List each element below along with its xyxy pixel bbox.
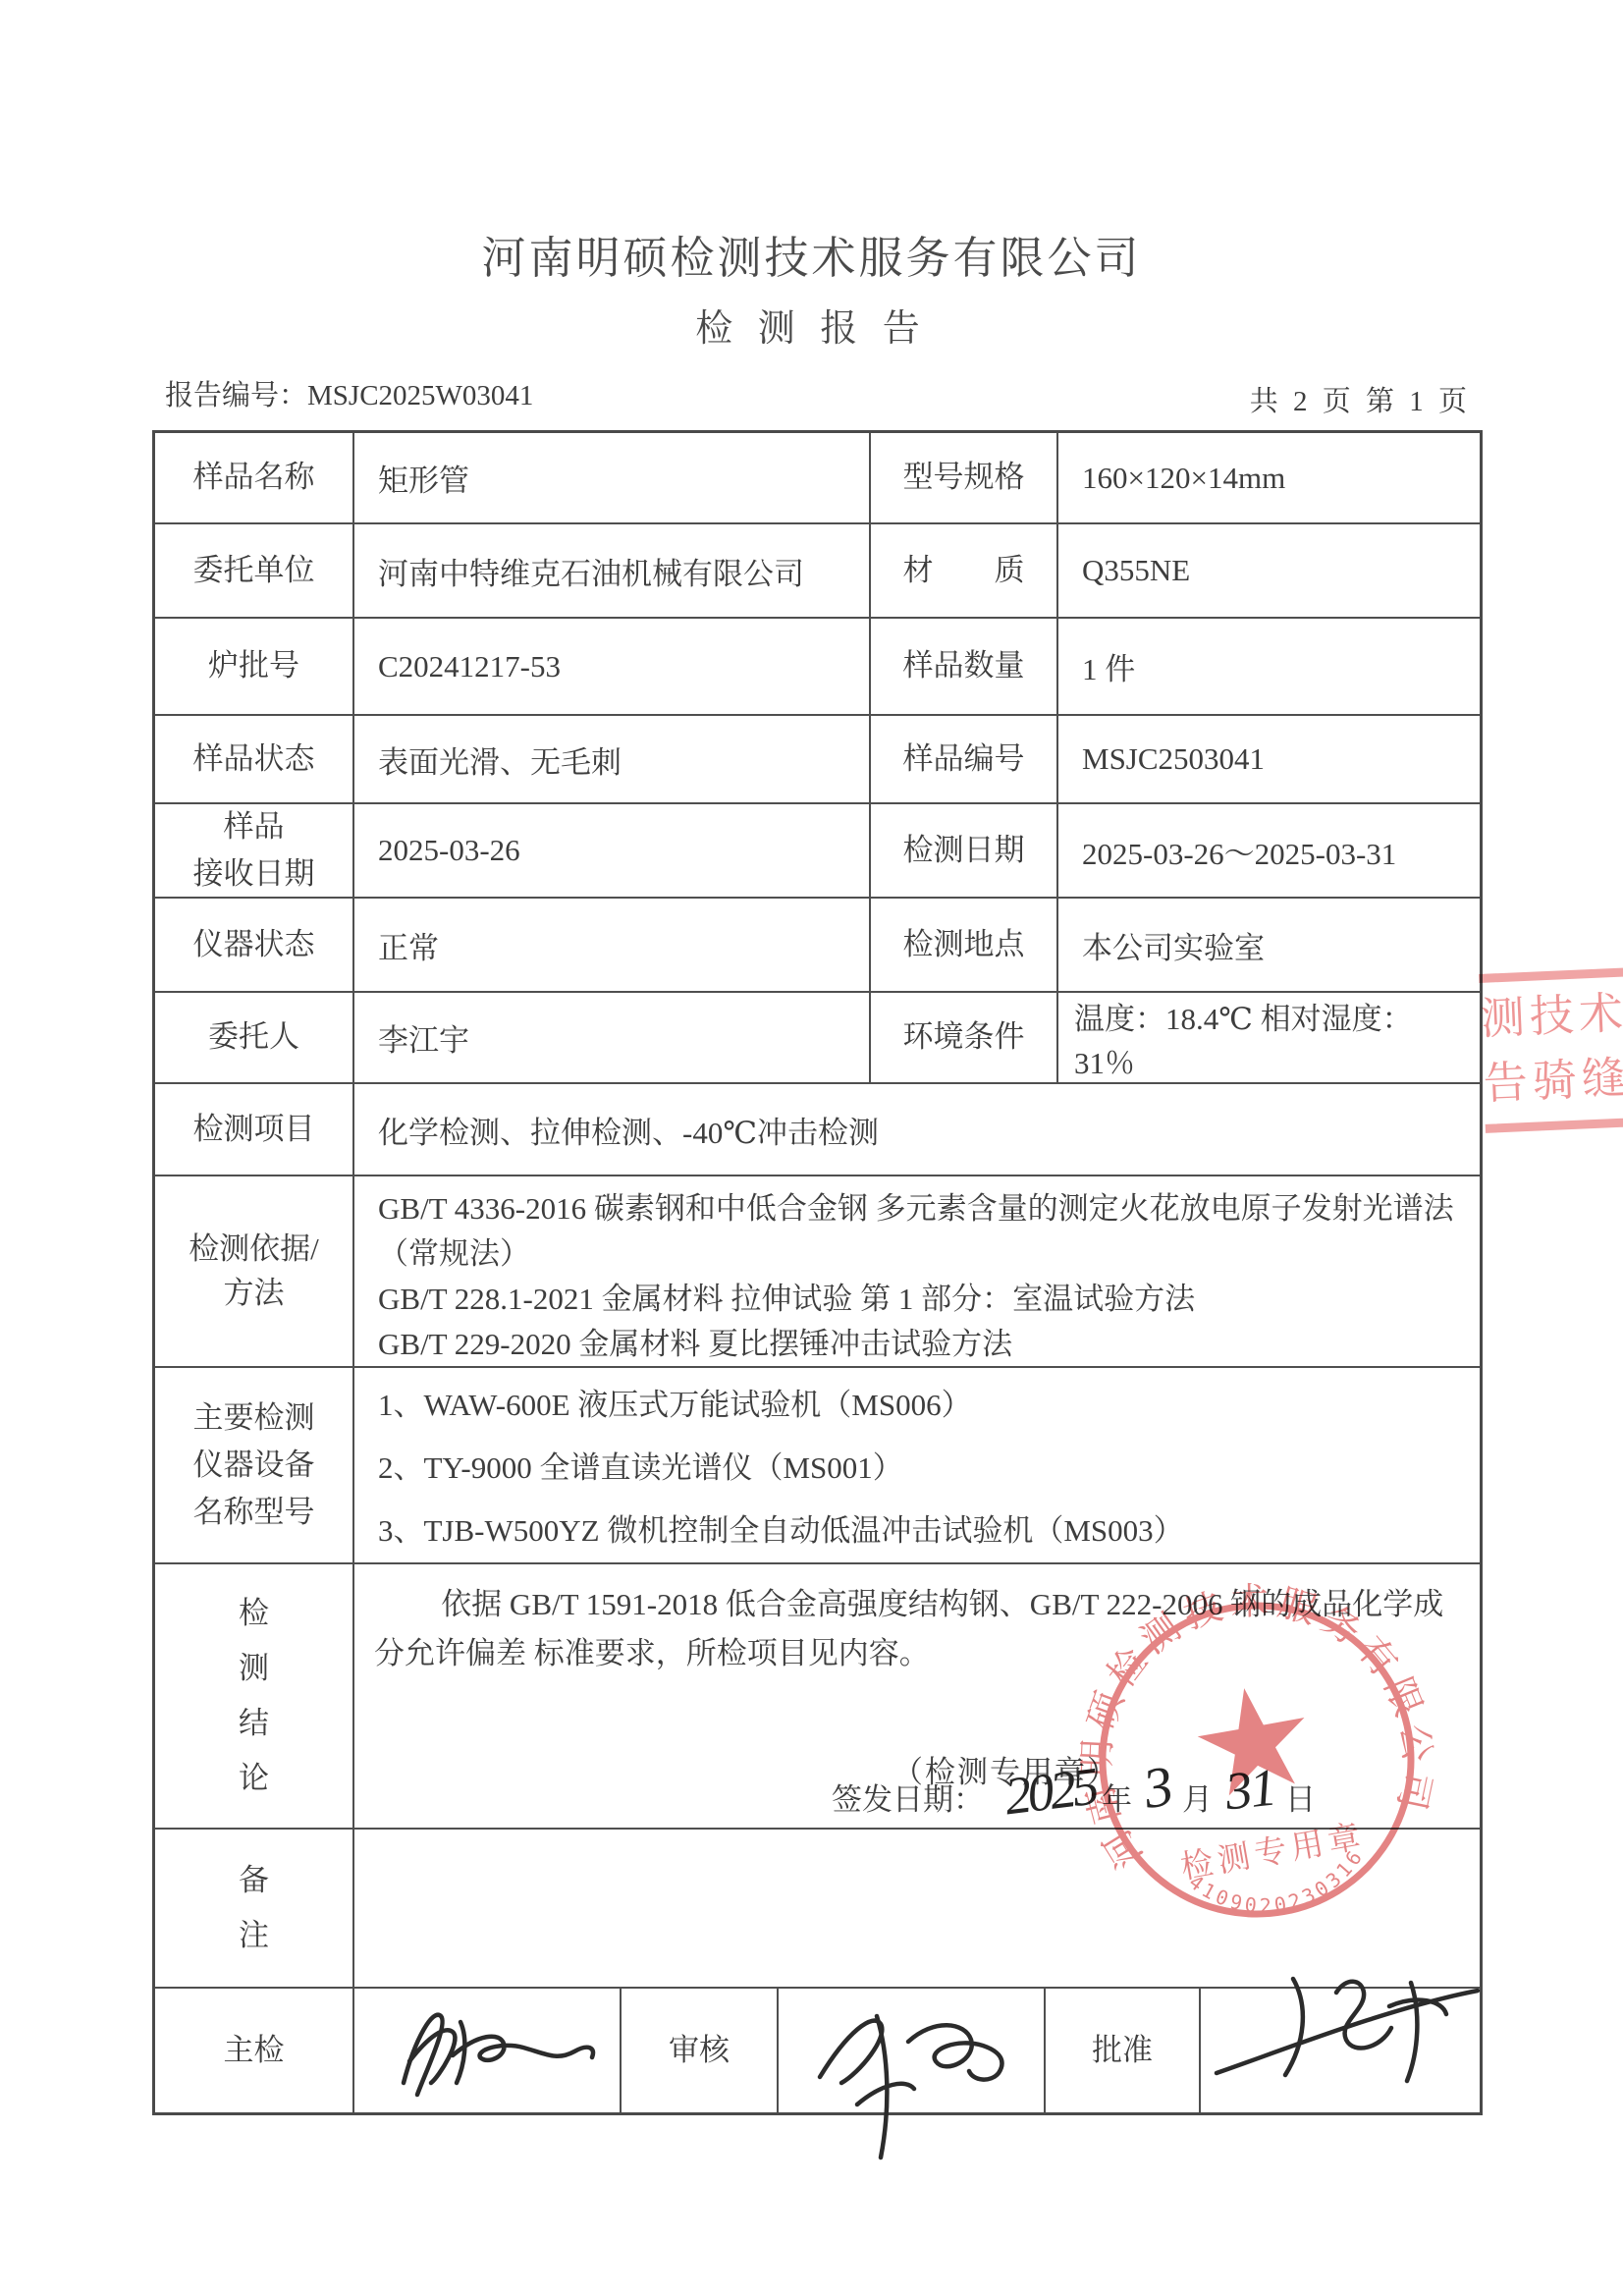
- table-row: 样品名称 矩形管 型号规格 160×120×14mm: [155, 433, 1480, 524]
- chief-inspector-signature: [354, 1989, 622, 2112]
- client-person-value: 李江宇: [354, 993, 871, 1082]
- equipment-label: 主要检测 仪器设备 名称型号: [155, 1368, 354, 1562]
- year-unit: 年: [1102, 1775, 1132, 1819]
- table-row: 炉批号 C20241217-53 样品数量 1 件: [155, 619, 1480, 716]
- table-row: 样品状态 表面光滑、无毛刺 样品编号 MSJC2503041: [155, 716, 1480, 804]
- test-items-value: 化学检测、拉伸检测、-40℃冲击检测: [354, 1084, 1480, 1175]
- model-spec-value: 160×120×14mm: [1058, 433, 1480, 522]
- conclusion-label: 检 测 结 论: [155, 1564, 354, 1828]
- instrument-state-value: 正常: [354, 899, 871, 991]
- handwritten-year: 2025: [1002, 1766, 1097, 1816]
- signature-stroke: [374, 1995, 610, 2105]
- table-row: 检测项目 化学检测、拉伸检测、-40℃冲击检测: [155, 1084, 1480, 1176]
- receive-date-value: 2025-03-26: [354, 804, 871, 897]
- handwritten-day: 31: [1223, 1767, 1276, 1811]
- report-page: 河南明硕检测技术服务有限公司 检 测 报 告 报告编号：MSJC2025W030…: [0, 0, 1623, 2296]
- basis-line: GB/T 4336-2016 碳素钢和中低合金钢 多元素含量的测定火花放电原子发…: [378, 1186, 1460, 1277]
- test-date-value: 2025-03-26～2025-03-31: [1058, 804, 1480, 897]
- test-basis-label: 检测依据/ 方法: [155, 1176, 354, 1366]
- table-row: 委托单位 河南中特维克石油机械有限公司 材 质 Q355NE: [155, 524, 1480, 619]
- equipment-line: 1、WAW-600E 液压式万能试验机（MS006）: [378, 1374, 1460, 1437]
- report-number: 报告编号：MSJC2025W03041: [165, 373, 533, 413]
- table-row: 样品 接收日期 2025-03-26 检测日期 2025-03-26～2025-…: [155, 804, 1480, 899]
- edge-seal-line1: 测技术: [1480, 977, 1623, 1052]
- day-unit: 日: [1285, 1775, 1316, 1819]
- signature-stroke: [792, 1991, 1038, 2172]
- edge-seal: 测技术 告骑缝: [1479, 964, 1623, 1132]
- edge-seal-line2: 告骑缝: [1482, 1042, 1623, 1117]
- table-row: 委托人 李江宇 环境条件 温度：18.4℃ 相对湿度：31％: [155, 993, 1480, 1084]
- chief-inspector-label: 主检: [155, 1989, 354, 2112]
- instrument-state-label: 仪器状态: [155, 899, 354, 991]
- conclusion-text: 依据 GB/T 1591-2018 低合金高强度结构钢、GB/T 222-200…: [354, 1564, 1480, 1678]
- client-unit-value: 河南中特维克石油机械有限公司: [354, 524, 871, 617]
- signature-row: 主检 审核: [155, 1989, 1480, 2112]
- table-row: 主要检测 仪器设备 名称型号 1、WAW-600E 液压式万能试验机（MS006…: [155, 1368, 1480, 1564]
- approver-signature: [1201, 1989, 1480, 2112]
- sample-no-value: MSJC2503041: [1058, 716, 1480, 802]
- document-title: 检 测 报 告: [0, 298, 1623, 352]
- sample-qty-value: 1 件: [1058, 619, 1480, 714]
- remark-label: 备 注: [155, 1830, 354, 1987]
- material-value: Q355NE: [1058, 524, 1480, 617]
- conclusion-value: 依据 GB/T 1591-2018 低合金高强度结构钢、GB/T 222-200…: [354, 1564, 1480, 1828]
- receive-date-label: 样品 接收日期: [155, 804, 354, 897]
- furnace-batch-label: 炉批号: [155, 619, 354, 714]
- furnace-batch-value: C20241217-53: [354, 619, 871, 714]
- sample-state-label: 样品状态: [155, 716, 354, 802]
- sample-name-value: 矩形管: [354, 433, 871, 522]
- signature-stroke: [1201, 1955, 1486, 2122]
- reviewer-signature: [779, 1989, 1046, 2112]
- month-unit: 月: [1182, 1775, 1213, 1819]
- handwritten-month: 3: [1141, 1765, 1176, 1808]
- company-title: 河南明硕检测技术服务有限公司: [0, 222, 1623, 286]
- page-indicator: 共 2 页 第 1 页: [1250, 379, 1471, 419]
- material-label: 材 质: [871, 524, 1058, 617]
- test-items-label: 检测项目: [155, 1084, 354, 1175]
- equipment-line: 2、TY-9000 全谱直读光谱仪（MS001）: [378, 1437, 1460, 1500]
- test-date-label: 检测日期: [871, 804, 1058, 897]
- table-row: 检 测 结 论 依据 GB/T 1591-2018 低合金高强度结构钢、GB/T…: [155, 1564, 1480, 1830]
- report-number-label: 报告编号：: [165, 380, 307, 411]
- client-unit-label: 委托单位: [155, 524, 354, 617]
- equipment-value: 1、WAW-600E 液压式万能试验机（MS006） 2、TY-9000 全谱直…: [354, 1368, 1480, 1562]
- environment-value: 温度：18.4℃ 相对湿度：31％: [1058, 993, 1480, 1082]
- test-location-value: 本公司实验室: [1058, 899, 1480, 991]
- sample-name-label: 样品名称: [155, 433, 354, 522]
- approver-label: 批准: [1046, 1989, 1201, 2112]
- equipment-line: 3、TJB-W500YZ 微机控制全自动低温冲击试验机（MS003）: [378, 1500, 1460, 1562]
- issue-date-line: 签发日期： 2025 年 3 月 31 日: [832, 1775, 1316, 1819]
- client-person-label: 委托人: [155, 993, 354, 1082]
- table-row: 检测依据/ 方法 GB/T 4336-2016 碳素钢和中低合金钢 多元素含量的…: [155, 1176, 1480, 1368]
- environment-label: 环境条件: [871, 993, 1058, 1082]
- table-row: 仪器状态 正常 检测地点 本公司实验室: [155, 899, 1480, 993]
- report-table: 样品名称 矩形管 型号规格 160×120×14mm 委托单位 河南中特维克石油…: [152, 430, 1483, 2115]
- report-number-value: MSJC2025W03041: [307, 380, 533, 411]
- test-basis-value: GB/T 4336-2016 碳素钢和中低合金钢 多元素含量的测定火花放电原子发…: [354, 1176, 1480, 1366]
- sample-qty-label: 样品数量: [871, 619, 1058, 714]
- issue-date-label: 签发日期：: [832, 1775, 984, 1819]
- reviewer-label: 审核: [622, 1989, 779, 2112]
- model-spec-label: 型号规格: [871, 433, 1058, 522]
- sample-no-label: 样品编号: [871, 716, 1058, 802]
- basis-line: GB/T 228.1-2021 金属材料 拉伸试验 第 1 部分：室温试验方法: [378, 1277, 1460, 1322]
- test-location-label: 检测地点: [871, 899, 1058, 991]
- sample-state-value: 表面光滑、无毛刺: [354, 716, 871, 802]
- basis-line: GB/T 229-2020 金属材料 夏比摆锤冲击试验方法: [378, 1322, 1460, 1367]
